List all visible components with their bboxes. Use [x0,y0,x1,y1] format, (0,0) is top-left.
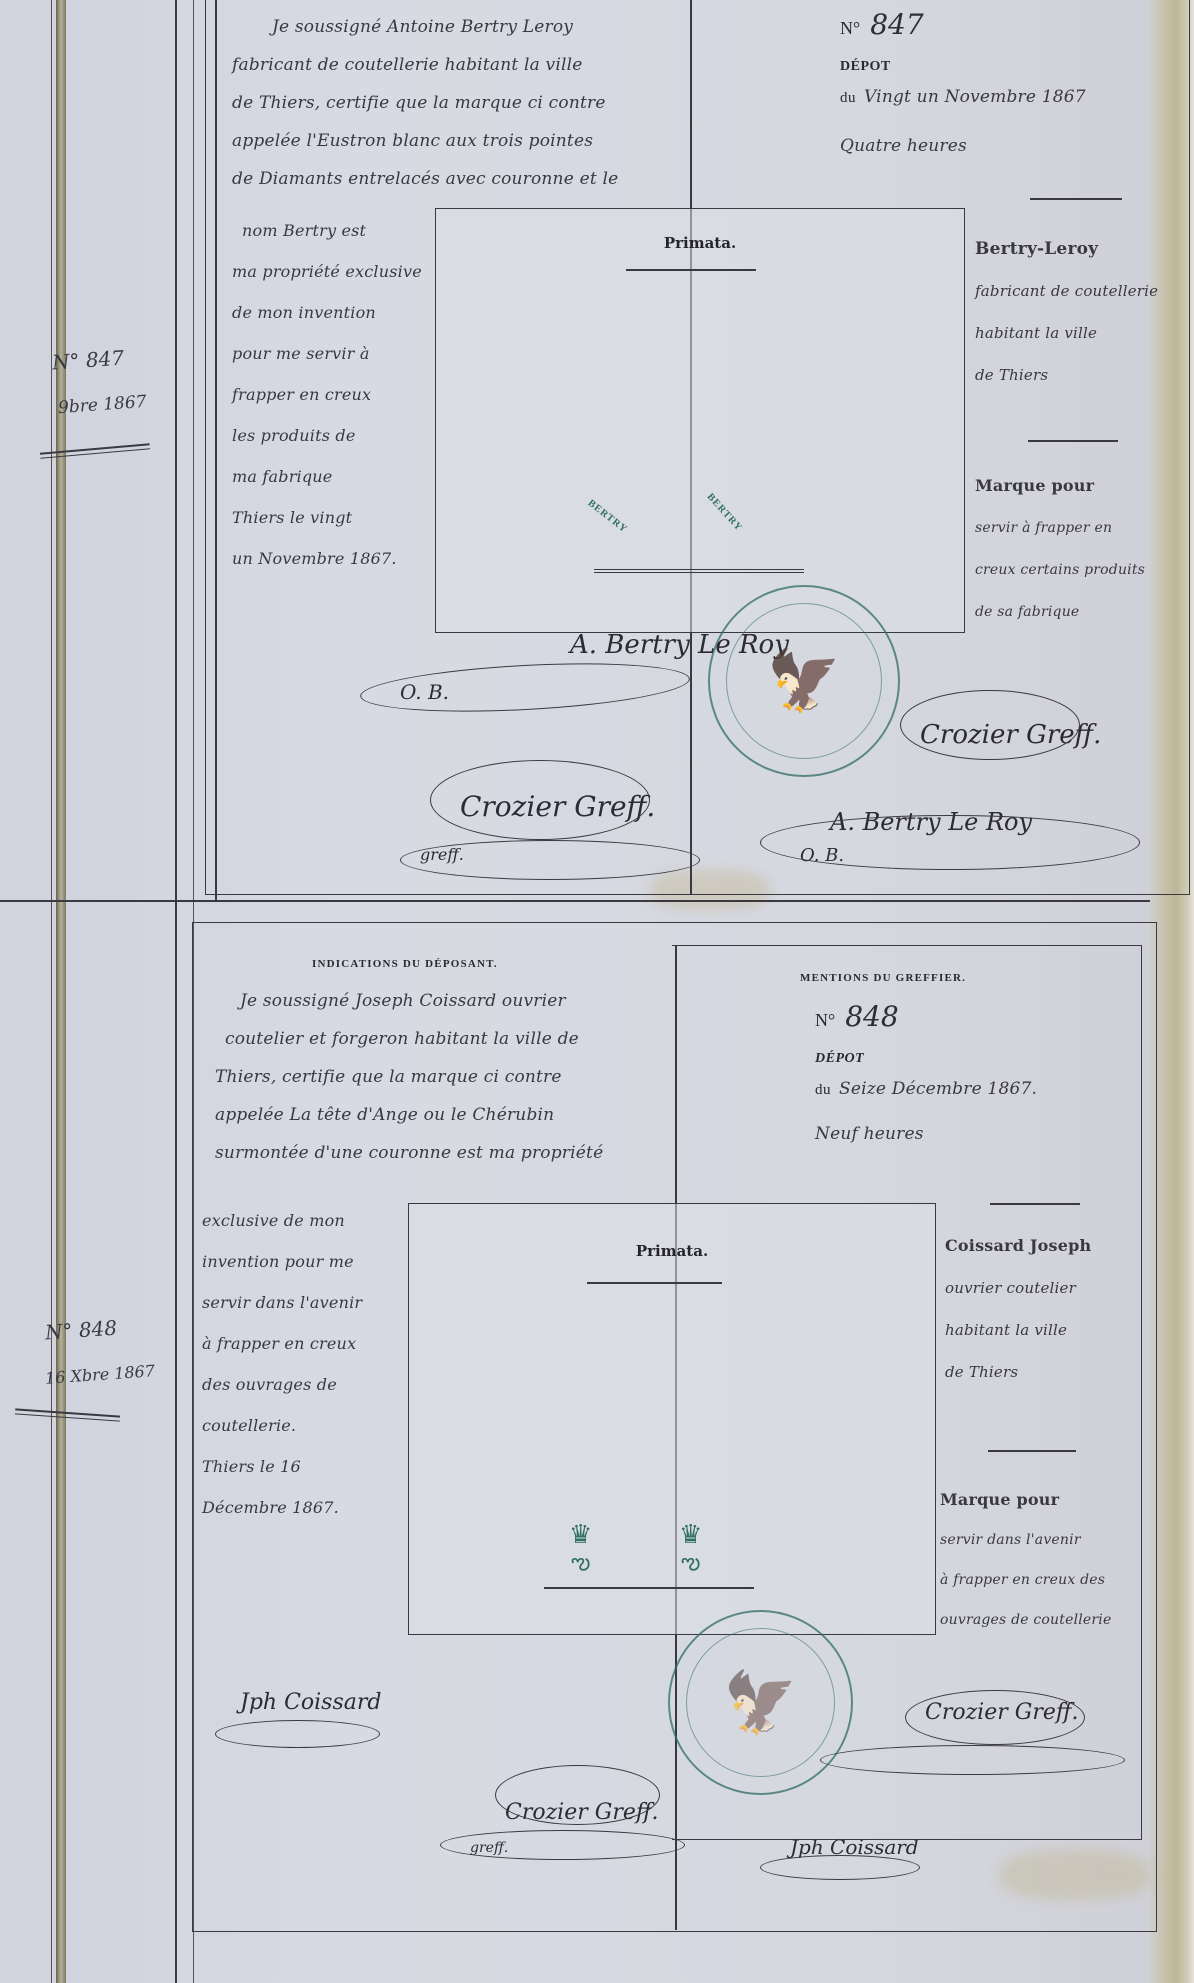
depot-label: DÉPOT [840,59,1140,75]
mark-box: Primata. ♛ఌ ♛ఌ [408,1203,936,1635]
eagle-icon: 🦅 [723,1673,798,1733]
mark-title: Primata. [409,1242,935,1260]
text-line: servir dans l'avenir [940,1520,1145,1560]
text-line: Thiers, certifie que la marque ci contre [215,1058,675,1096]
signature-flourish [900,690,1080,760]
text-line: de Thiers [945,1351,1145,1393]
depositor-signature: Jph Coissard [240,1690,381,1715]
text-line: ouvrier coutelier [945,1267,1145,1309]
depot-time: Quatre heures [840,127,1140,165]
number-label: N° [815,1010,835,1031]
entry-separator [0,900,1150,902]
date-prefix: du [840,90,856,107]
date-prefix: du [815,1082,831,1099]
number-value: 848 [845,1000,898,1033]
depositor-name: Coissard Joseph [945,1225,1145,1267]
mark-title: Primata. [436,234,964,252]
signature-flourish [400,840,700,880]
text-line: Marque pour [940,1480,1145,1520]
text-line: ma propriété exclusive [232,251,432,292]
text-line: des ouvrages de [202,1364,407,1405]
text-line: servir à frapper en [975,507,1175,549]
text-line: appelée l'Eustron blanc aux trois pointe… [232,122,682,160]
greffier-purpose: Marque pour servir à frapper en creux ce… [975,465,1175,633]
text-line: coutelier et forgeron habitant la ville … [215,1020,675,1058]
margin-note-number: N° 848 [44,1308,119,1353]
margin-note-date: 16 Xbre 1867 [44,1351,157,1399]
registration-number: N° 847 [840,8,1140,41]
text-line: à frapper en creux [202,1323,407,1364]
number-value: 847 [870,8,923,41]
signature-flourish [495,1765,660,1825]
depositor-name: Bertry-Leroy [975,228,1175,270]
text-line: invention pour me [202,1241,407,1282]
section-rule [1030,198,1122,200]
depot-label: DÉPOT [815,1051,1115,1067]
greffier-description: Bertry-Leroy fabricant de coutellerie ha… [975,228,1175,396]
text-line: frapper en creux [232,374,432,415]
registration-number: N° 848 [815,1000,1115,1033]
margin-note-number: N° 847 [51,338,126,383]
text-line: ouvrages de coutellerie [940,1600,1145,1640]
text-line: fabricant de coutellerie [975,270,1175,312]
depositor-text-column: nom Bertry est ma propriété exclusive de… [232,210,432,579]
signature-flourish [760,815,1140,870]
text-line: creux certains produits [975,549,1175,591]
greffier-column: N° 847 DÉPOT du Vingt un Novembre 1867 Q… [840,8,1140,165]
tribunal-seal: 🦅 [708,585,900,777]
date-value: Vingt un Novembre 1867 [864,85,1086,109]
signature-flourish [905,1690,1085,1745]
text-line: habitant la ville [945,1309,1145,1351]
greffier-header: MENTIONS DU GREFFIER. [800,972,966,984]
text-line: Je soussigné Joseph Coissard ouvrier [215,982,675,1020]
stamp-imprint: BERTRY [705,491,745,533]
text-line: pour me servir à [232,333,432,374]
text-line: ma fabrique [232,456,432,497]
text-line: Marque pour [975,465,1175,507]
text-line: un Novembre 1867. [232,538,432,579]
signature-flourish [820,1745,1125,1775]
text-line: nom Bertry est [232,210,432,251]
section-rule [988,1450,1076,1452]
signature-flourish [430,760,650,840]
mark-box: Primata. BERTRY BERTRY [435,208,965,633]
text-line: Thiers le vingt [232,497,432,538]
text-line: Je soussigné Antoine Bertry Leroy [232,8,682,46]
depositor-signature: A. Bertry Le Roy [570,630,789,660]
signature-flourish [760,1855,920,1880]
text-line: de Diamants entrelacés avec couronne et … [232,160,682,198]
section-rule [1028,440,1118,442]
section-rule [990,1203,1080,1205]
depot-date: du Vingt un Novembre 1867 [840,85,1140,109]
mark-base-rule [594,569,804,573]
text-line: habitant la ville [975,312,1175,354]
text-line: coutellerie. [202,1405,407,1446]
text-line: les produits de [232,415,432,456]
mark-title-rule [626,269,756,271]
text-line: Thiers le 16 [202,1446,407,1487]
depositor-text-column: exclusive de mon invention pour me servi… [202,1200,407,1528]
signature-flourish [215,1720,380,1748]
cherub-stamp-icon: ♛ఌ [679,1522,702,1574]
greffier-column: N° 848 DÉPOT du Seize Décembre 1867. Neu… [815,1000,1115,1153]
register-page: N° 847 9bre 1867 Je soussigné Antoine Be… [0,0,1194,1983]
text-line: de sa fabrique [975,591,1175,633]
cherub-stamp-icon: ♛ఌ [569,1522,592,1574]
signature-flourish [440,1830,685,1860]
depot-time: Neuf heures [815,1115,1115,1153]
margin-rule [175,0,177,1983]
stamp-imprint: BERTRY [586,498,630,536]
text-line: Décembre 1867. [202,1487,407,1528]
depositor-text: Je soussigné Antoine Bertry Leroy fabric… [232,8,682,198]
greffier-purpose: Marque pour servir dans l'avenir à frapp… [940,1480,1145,1640]
text-line: fabricant de coutellerie habitant la vil… [232,46,682,84]
date-value: Seize Décembre 1867. [839,1077,1037,1101]
number-label: N° [840,18,860,39]
inner-left-rule [215,0,217,900]
book-gutter [56,0,66,1983]
mark-base-rule [544,1587,754,1589]
text-line: surmontée d'une couronne est ma propriét… [215,1134,675,1172]
previous-page-edge [0,0,60,1983]
text-line: appelée La tête d'Ange ou le Chérubin [215,1096,675,1134]
text-line: à frapper en creux des [940,1560,1145,1600]
depot-date: du Seize Décembre 1867. [815,1077,1115,1101]
mark-title-rule [587,1282,722,1284]
text-line: servir dans l'avenir [202,1282,407,1323]
text-line: de mon invention [232,292,432,333]
tribunal-seal: 🦅 [668,1610,853,1795]
greffier-description: Coissard Joseph ouvrier coutelier habita… [945,1225,1145,1393]
text-line: exclusive de mon [202,1200,407,1241]
depositor-text: Je soussigné Joseph Coissard ouvrier cou… [215,982,675,1172]
text-line: de Thiers, certifie que la marque ci con… [232,84,682,122]
depositor-header: INDICATIONS DU DÉPOSANT. [312,958,498,970]
eagle-icon: 🦅 [767,651,842,711]
margin-note-date: 9bre 1867 [57,382,148,428]
text-line: de Thiers [975,354,1175,396]
